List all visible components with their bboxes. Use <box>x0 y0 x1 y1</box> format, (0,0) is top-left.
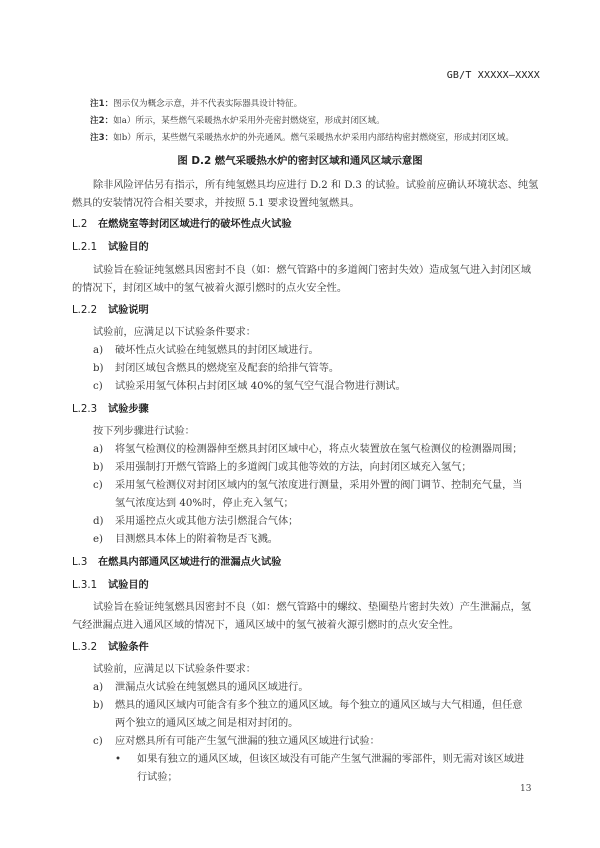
list-text: 封闭区域包含燃具的燃烧室及配套的给排气管等。 <box>115 363 339 374</box>
note-1: 注1：图示仅为概念示意，并不代表实际器具设计特征。 <box>90 97 302 109</box>
l3-1-paragraph-line-2: 气经泄漏点进入通风区域的情况下，通风区域中的氢气被着火源引燃时的点火安全性。 <box>72 616 459 631</box>
section-title: 在燃烧室等封闭区域进行的破坏性点火试验 <box>98 219 292 230</box>
bullet-text: 如果有独立的通风区域，但该区域没有可能产生氢气泄漏的零部件，则无需对该区域进 <box>137 754 524 765</box>
note-2: 注2：如a）所示，某些燃气采暖热水炉采用外壳密封燃烧室，形成封闭区域。 <box>90 114 385 126</box>
list-text: 应对燃具所有可能产生氢气泄漏的独立通风区域进行试验： <box>115 736 380 747</box>
intro-paragraph-line-2: 燃具的安装情况符合相关要求，并按照 5.1 要求设置纯氢燃具。 <box>72 194 360 209</box>
section-number: L.3 <box>72 557 98 568</box>
list-item: b)燃具的通风区域内可能含有多个独立的通风区域。每个独立的通风区域与大气相通，但… <box>93 696 523 711</box>
section-title: 试验目的 <box>108 580 149 591</box>
list-label: c) <box>93 381 115 392</box>
list-label: c) <box>93 480 115 491</box>
note-label: 注3： <box>90 133 113 143</box>
section-heading-l2-2: L.2.2试验说明 <box>72 301 149 316</box>
section-number: L.3.2 <box>72 642 108 653</box>
section-number: L.2.2 <box>72 305 108 316</box>
l2-1-paragraph-line-1: 试验旨在验证纯氢燃具因密封不良（如：燃气管路中的多道阀门密封失效）造成氢气进入封… <box>93 261 531 276</box>
note-3: 注3：如b）所示，某些燃气采暖热水炉的外壳通风。燃气采暖热水炉采用内部结构密封燃… <box>90 131 514 143</box>
list-text: 燃具的通风区域内可能含有多个独立的通风区域。每个独立的通风区域与大气相通，但任意 <box>115 700 523 711</box>
list-item-continuation: 氢气浓度达到 40%时，停止充入氢气； <box>115 494 294 509</box>
figure-caption: 图 D.2 燃气采暖热水炉的密封区域和通风区域示意图 <box>0 152 600 167</box>
list-text: 试验采用氢气体积占封闭区域 40%的氢气空气混合物进行测试。 <box>115 381 406 392</box>
list-item: a)泄漏点火试验在纯氢燃具的通风区域进行。 <box>93 678 309 693</box>
standard-code-header: GB/T XXXXX—XXXX <box>447 70 540 81</box>
section-heading-l3-1: L.3.1试验目的 <box>72 576 149 591</box>
note-label: 注1： <box>90 99 113 109</box>
section-title: 试验说明 <box>108 305 149 316</box>
section-title: 在燃具内部通风区域进行的泄漏点火试验 <box>98 557 281 568</box>
list-item: b)封闭区域包含燃具的燃烧室及配套的给排气管等。 <box>93 359 339 374</box>
section-number: L.3.1 <box>72 580 108 591</box>
list-item: a)将氢气检测仪的检测器伸至燃具封闭区域中心，将点火装置放在氢气检测仪的检测器周… <box>93 440 523 455</box>
note-text: 如b）所示，某些燃气采暖热水炉的外壳通风。燃气采暖热水炉采用内部结构密封燃烧室，… <box>113 133 514 143</box>
list-label: a) <box>93 444 115 455</box>
note-text: 如a）所示，某些燃气采暖热水炉采用外壳密封燃烧室，形成封闭区域。 <box>113 116 385 126</box>
section-title: 试验目的 <box>108 242 149 253</box>
list-text: 采用遥控点火或其他方法引燃混合气体； <box>115 516 298 527</box>
note-label: 注2： <box>90 116 113 126</box>
section-number: L.2 <box>72 219 98 230</box>
list-text: 泄漏点火试验在纯氢燃具的通风区域进行。 <box>115 682 309 693</box>
section-title: 试验条件 <box>108 642 149 653</box>
list-label: d) <box>93 516 115 527</box>
section-heading-l2-3: L.2.3试验步骤 <box>72 400 149 415</box>
bullet-continuation: 行试验； <box>137 768 178 783</box>
list-item: b)采用强制打开燃气管路上的多道阀门或其他等效的方法，向封闭区域充入氢气； <box>93 458 472 473</box>
intro-paragraph-line-1: 除非风险评估另有指示，所有纯氢燃具均应进行 D.2 和 D.3 的试验。试验前应… <box>93 176 538 191</box>
section-number: L.2.3 <box>72 404 108 415</box>
list-item-continuation: 两个独立的通风区域之间是相对封闭的。 <box>115 714 298 729</box>
list-text: 目测燃具本体上的附着物是否飞溅。 <box>115 534 278 545</box>
section-heading-l2-1: L.2.1试验目的 <box>72 238 149 253</box>
list-text: 采用氢气检测仪对封闭区域内的氢气浓度进行测量，采用外置的阀门调节、控制充气量，当 <box>115 480 523 491</box>
list-label: a) <box>93 345 115 356</box>
bullet-item: •如果有独立的通风区域，但该区域没有可能产生氢气泄漏的零部件，则无需对该区域进 <box>115 750 524 765</box>
l2-2-lead: 试验前，应满足以下试验条件要求： <box>93 323 256 338</box>
list-label: b) <box>93 462 115 473</box>
list-item: e)目测燃具本体上的附着物是否飞溅。 <box>93 530 278 545</box>
list-item: c)试验采用氢气体积占封闭区域 40%的氢气空气混合物进行测试。 <box>93 377 406 392</box>
list-item: d)采用遥控点火或其他方法引燃混合气体； <box>93 512 298 527</box>
list-item: c)采用氢气检测仪对封闭区域内的氢气浓度进行测量，采用外置的阀门调节、控制充气量… <box>93 476 523 491</box>
bullet-icon: • <box>115 754 137 765</box>
list-item: c)应对燃具所有可能产生氢气泄漏的独立通风区域进行试验： <box>93 732 380 747</box>
section-title: 试验步骤 <box>108 404 149 415</box>
page-number: 13 <box>520 784 531 794</box>
list-label: b) <box>93 363 115 374</box>
list-text: 破坏性点火试验在纯氢燃具的封闭区域进行。 <box>115 345 319 356</box>
l2-1-paragraph-line-2: 的情况下，封闭区域中的氢气被着火源引燃时的点火安全性。 <box>72 279 347 294</box>
section-number: L.2.1 <box>72 242 108 253</box>
list-text: 将氢气检测仪的检测器伸至燃具封闭区域中心，将点火装置放在氢气检测仪的检测器周围； <box>115 444 523 455</box>
section-heading-l2: L.2在燃烧室等封闭区域进行的破坏性点火试验 <box>72 215 292 230</box>
list-label: b) <box>93 700 115 711</box>
list-label: e) <box>93 534 115 545</box>
l2-3-lead: 按下列步骤进行试验： <box>93 422 195 437</box>
l3-1-paragraph-line-1: 试验旨在验证纯氢燃具因密封不良（如：燃气管路中的螺纹、垫圈垫片密封失效）产生泄漏… <box>93 598 531 613</box>
list-label: a) <box>93 682 115 693</box>
list-label: c) <box>93 736 115 747</box>
list-text: 采用强制打开燃气管路上的多道阀门或其他等效的方法，向封闭区域充入氢气； <box>115 462 472 473</box>
section-heading-l3: L.3在燃具内部通风区域进行的泄漏点火试验 <box>72 553 281 568</box>
note-text: 图示仅为概念示意，并不代表实际器具设计特征。 <box>113 99 302 109</box>
section-heading-l3-2: L.3.2试验条件 <box>72 638 149 653</box>
list-item: a)破坏性点火试验在纯氢燃具的封闭区域进行。 <box>93 341 319 356</box>
l3-2-lead: 试验前，应满足以下试验条件要求： <box>93 660 256 675</box>
